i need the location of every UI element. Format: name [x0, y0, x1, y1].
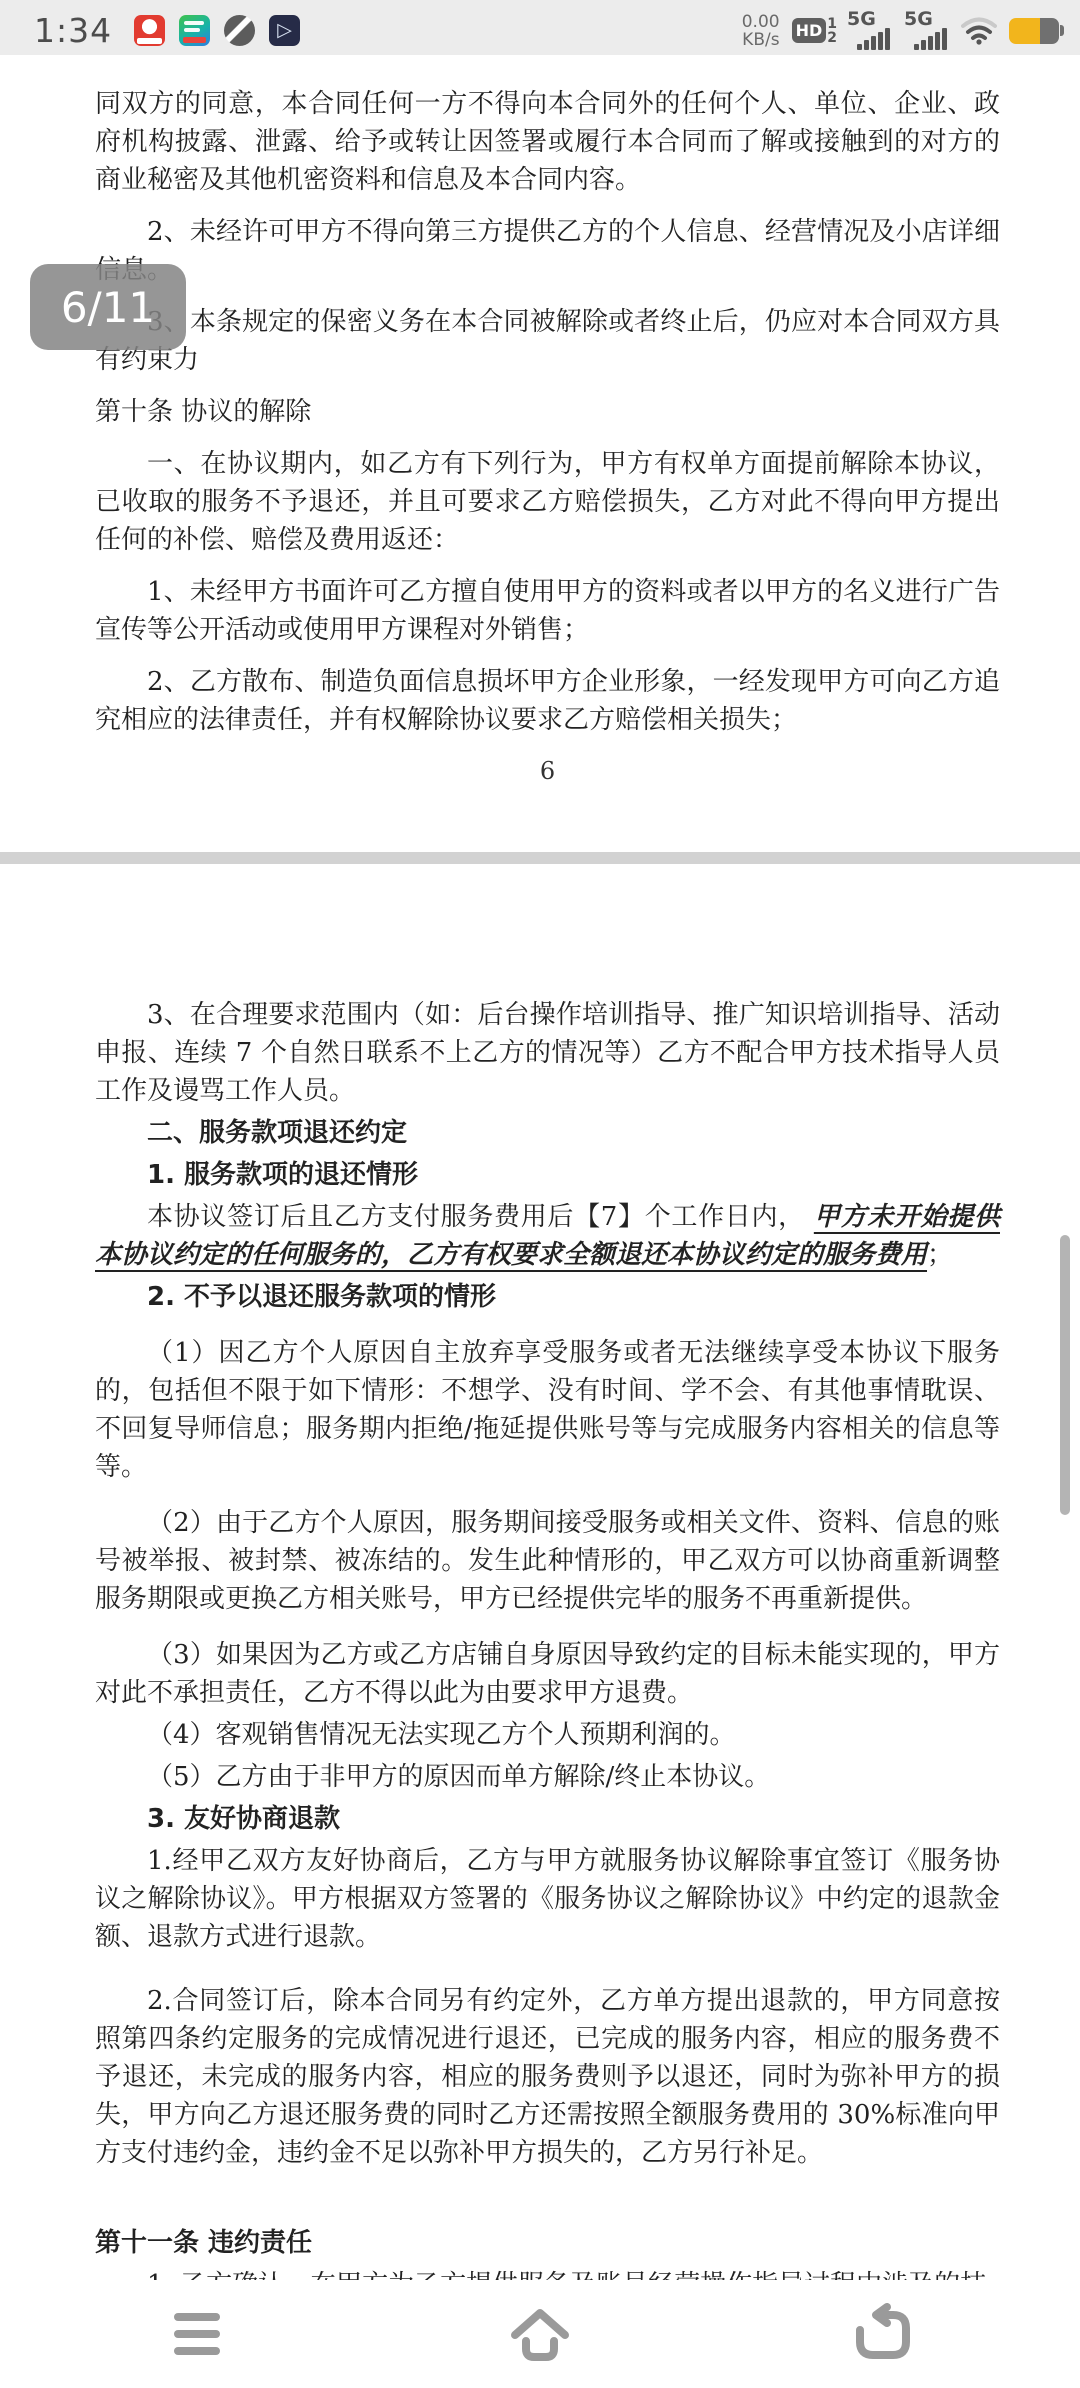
red-app-banner	[137, 38, 162, 44]
home-icon	[508, 2303, 572, 2365]
hd-sim1-number: 1	[827, 17, 837, 31]
paragraph: （1）因乙方个人原因自主放弃享受服务或者无法继续享受本协议下服务的，包括但不限于…	[95, 1334, 1000, 1486]
menu-icon	[165, 2303, 229, 2365]
paragraph: 3、本条规定的保密义务在本合同被解除或者终止后，仍应对本合同双方具有约束力	[95, 303, 1000, 379]
paragraph: 2、未经许可甲方不得向第三方提供乙方的个人信息、经营情况及小店详细信息。	[95, 213, 1000, 289]
gradient-app-text-line	[184, 21, 204, 25]
paragraph: （2）由于乙方个人原因，服务期间接受服务或相关文件、资料、信息的账号被举报、被封…	[95, 1504, 1000, 1618]
clause-10-heading: 第十条 协议的解除	[95, 393, 1000, 431]
paragraph: （3）如果因为乙方或乙方店铺自身原因导致约定的目标未能实现的，甲方对此不承担责任…	[95, 1636, 1000, 1712]
planet-globe-glyph	[224, 15, 255, 46]
paragraph: （4）客观销售情况无法实现乙方个人预期利润的。	[95, 1716, 1000, 1754]
page-number: 6	[95, 757, 1000, 785]
back-icon	[851, 2303, 915, 2365]
paragraph-refund-condition: 本协议签订后且乙方支付服务费用后【7】个工作日内， 甲方未开始提供本协议约定的任…	[95, 1198, 1000, 1274]
paragraph: 同双方的同意，本合同任何一方不得向本合同外的任何个人、单位、企业、政府机构披露、…	[95, 85, 1000, 199]
gradient-app-red-banner	[183, 37, 206, 43]
paragraph: 1.经甲乙双方友好协商后，乙方与甲方就服务协议解除事宜签订《服务协议之解除协议》…	[95, 1842, 1000, 1956]
paragraph: 1、未经甲方书面许可乙方擅自使用甲方的资料或者以甲方的名义进行广告宣传等公开活动…	[95, 573, 1000, 649]
page-indicator-badge: 6/11	[30, 264, 186, 350]
green-gradient-app-notification-icon	[179, 15, 210, 46]
gradient-app-text-line	[184, 28, 200, 32]
play-triangle-app-notification-icon: ▷	[269, 15, 300, 46]
sim1-signal-bars-icon	[857, 28, 892, 50]
subheading-no-refund-cases: 2. 不予以退还服务款项的情形	[95, 1278, 1000, 1316]
page-gap-divider	[0, 852, 1080, 864]
paragraph: （5）乙方由于非甲方的原因而单方解除/终止本协议。	[95, 1758, 1000, 1796]
menu-button[interactable]	[165, 2302, 229, 2366]
battery-empty-portion	[1040, 18, 1059, 44]
section-heading-refund-terms: 二、服务款项退还约定	[95, 1114, 1000, 1152]
hd-sim2-number: 2	[827, 31, 837, 45]
status-bar-right: 0.00 KB/s HD 1 2 5G 5G	[742, 11, 1064, 50]
refund-tail-punctuation: ；	[927, 1240, 953, 1270]
status-bar: 1:34 ▷ 0.00 KB/s HD 1 2 5G 5G	[0, 0, 1080, 55]
paragraph: 3、在合理要求范围内（如：后台操作培训指导、推广知识培训指导、活动申报、连续 7…	[95, 996, 1000, 1110]
paragraph: 一、在协议期内，如乙方有下列行为，甲方有权单方面提前解除本协议，已收取的服务不予…	[95, 445, 1000, 559]
document-page-7[interactable]: 3、在合理要求范围内（如：后台操作培训指导、推广知识培训指导、活动申报、连续 7…	[0, 864, 1080, 2388]
sim1-signal: 5G	[847, 11, 892, 50]
sim1-network-type: 5G	[847, 11, 876, 28]
paragraph: 2、乙方散布、制造负面信息损坏甲方企业形象，一经发现甲方可向乙方追究相应的法律责…	[95, 663, 1000, 739]
back-button[interactable]	[851, 2302, 915, 2366]
sim2-network-type: 5G	[904, 11, 933, 28]
scrollbar-thumb[interactable]	[1060, 1235, 1070, 1515]
document-page-6[interactable]: 同双方的同意，本合同任何一方不得向本合同外的任何个人、单位、企业、政府机构披露、…	[0, 55, 1080, 852]
subheading-refund-cases: 1. 服务款项的退还情形	[95, 1156, 1000, 1194]
battery-fill-level	[1009, 18, 1040, 44]
clock: 1:34	[34, 11, 112, 50]
network-speed-unit: KB/s	[742, 31, 780, 49]
sim2-signal: 5G	[904, 11, 949, 50]
red-app-glyph	[140, 19, 159, 36]
subheading-negotiated-refund: 3. 友好协商退款	[95, 1800, 1000, 1838]
wifi-icon	[961, 17, 997, 45]
hd-icon: HD	[792, 18, 827, 43]
volte-hd-indicator: HD 1 2	[792, 17, 837, 45]
network-speed-value: 0.00	[742, 13, 780, 31]
home-button[interactable]	[508, 2302, 572, 2366]
sim2-signal-bars-icon	[914, 28, 949, 50]
clause-11-heading: 第十一条 违约责任	[95, 2224, 1000, 2262]
system-navigation-bar	[0, 2280, 1080, 2388]
red-app-notification-icon	[134, 15, 165, 46]
paragraph: 2.合同签订后，除本合同另有约定外，乙方单方提出退款的，甲方同意按照第四条约定服…	[95, 1982, 1000, 2172]
status-bar-left: 1:34 ▷	[34, 11, 314, 50]
network-speed-indicator: 0.00 KB/s	[742, 13, 780, 49]
planet-browser-notification-icon	[224, 15, 255, 46]
refund-intro-text: 本协议签订后且乙方支付服务费用后【7】个工作日内，	[147, 1202, 814, 1232]
battery-nub	[1060, 25, 1064, 36]
battery-icon	[1009, 18, 1064, 44]
